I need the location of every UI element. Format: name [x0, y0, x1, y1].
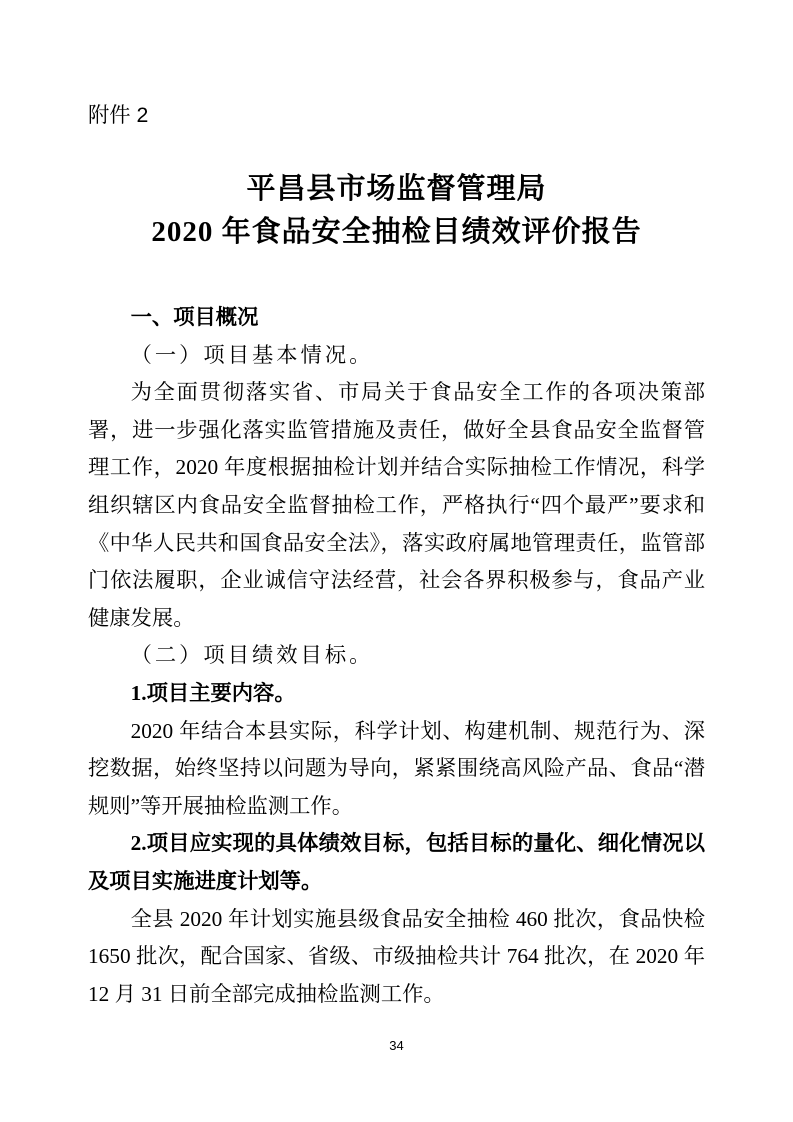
document-title: 平昌县市场监督管理局 2020 年食品安全抽检目绩效评价报告	[0, 168, 793, 254]
document-page: 附件 2 平昌县市场监督管理局 2020 年食品安全抽检目绩效评价报告 一、项目…	[0, 0, 793, 1122]
subheading-basic-situation: （一）项目基本情况。	[88, 337, 705, 375]
paragraph-main-content: 2020 年结合本县实际，科学计划、构建机制、规范行为、深挖数据，始终坚持以问题…	[88, 713, 705, 826]
subheading-performance-goals: （二）项目绩效目标。	[88, 637, 705, 675]
document-body: 一、项目概况（一）项目基本情况。为全面贯彻落实省、市局关于食品安全工作的各项决策…	[88, 299, 705, 1013]
page-number: 34	[0, 1038, 793, 1053]
attachment-label: 附件 2	[88, 100, 148, 130]
heading-specific-goals: 2.项目应实现的具体绩效目标，包括目标的量化、细化情况以及项目实施进度计划等。	[88, 825, 705, 900]
paragraph-basic-situation: 为全面贯彻落实省、市局关于食品安全工作的各项决策部署，进一步强化落实监管措施及责…	[88, 374, 705, 637]
paragraph-specific-goals: 全县 2020 年计划实施县级食品安全抽检 460 批次，食品快检 1650 批…	[88, 901, 705, 1014]
heading-project-overview: 一、项目概况	[88, 299, 705, 337]
document-title-line1: 平昌县市场监督管理局	[0, 168, 793, 211]
document-title-line2: 2020 年食品安全抽检目绩效评价报告	[0, 211, 793, 254]
heading-main-content: 1.项目主要内容。	[88, 675, 705, 713]
